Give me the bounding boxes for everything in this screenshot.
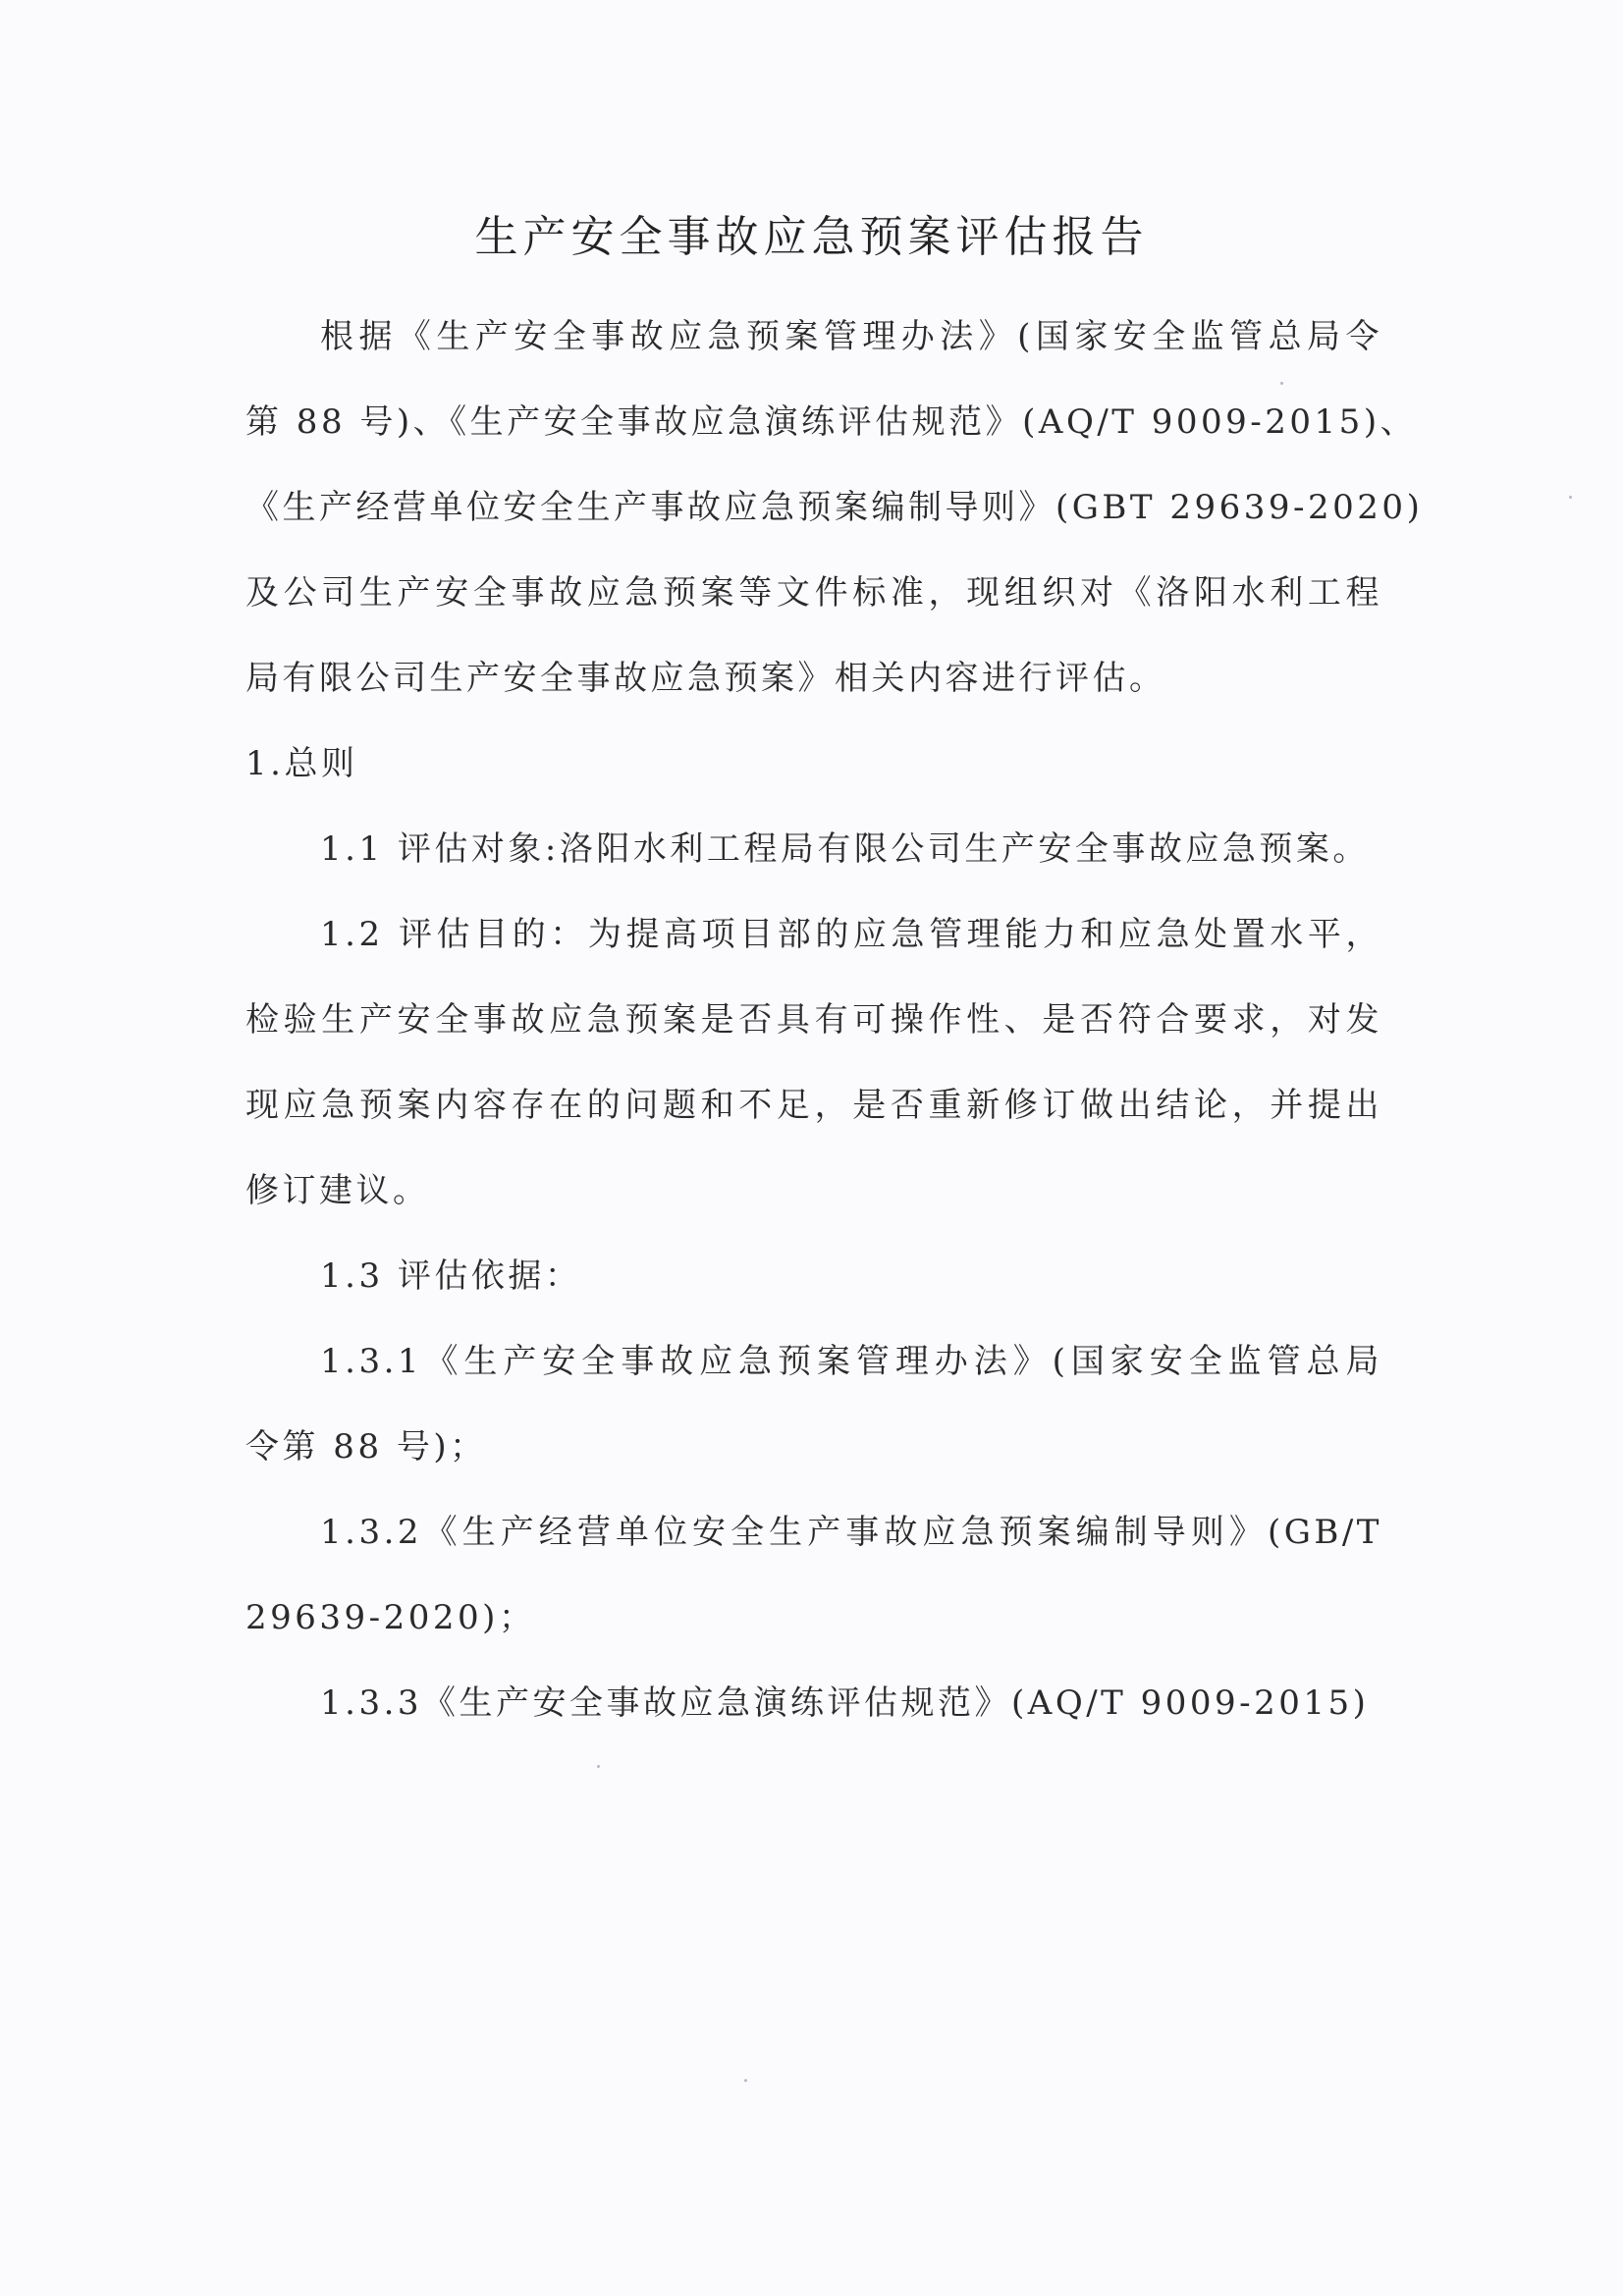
intro-line: 《生产经营单位安全生产事故应急预案编制导则》(GBT 29639-2020): [245, 465, 1382, 551]
item-line: 1.2 评估目的：为提高项目部的应急管理能力和应急处置水平，: [245, 892, 1382, 978]
item-line: 检验生产安全事故应急预案是否具有可操作性、是否符合要求，对发: [245, 978, 1382, 1063]
item-line: 1.1 评估对象:洛阳水利工程局有限公司生产安全事故应急预案。: [245, 807, 1382, 892]
reference-line: 1.3.2《生产经营单位安全生产事故应急预案编制导则》(GB/T: [245, 1490, 1382, 1575]
reference-line: 1.3.3《生产安全事故应急演练评估规范》(AQ/T 9009-2015): [245, 1661, 1382, 1746]
reference-line: 1.3.1《生产安全事故应急预案管理办法》(国家安全监管总局: [245, 1319, 1382, 1405]
reference-line: 29639-2020)；: [245, 1575, 1382, 1661]
scan-speck: [744, 2079, 747, 2082]
item-1-3-evaluation-basis: 1.3 评估依据：: [245, 1234, 1382, 1319]
item-1-3-2-reference: 1.3.2《生产经营单位安全生产事故应急预案编制导则》(GB/T 29639-2…: [245, 1490, 1382, 1661]
document-body: 根据《生产安全事故应急预案管理办法》(国家安全监管总局令 第 88 号)、《生产…: [245, 294, 1382, 1746]
item-1-3-1-reference: 1.3.1《生产安全事故应急预案管理办法》(国家安全监管总局 令第 88 号)；: [245, 1319, 1382, 1490]
intro-line: 第 88 号)、《生产安全事故应急演练评估规范》(AQ/T 9009-2015)…: [245, 380, 1382, 465]
document-page: 生产安全事故应急预案评估报告 根据《生产安全事故应急预案管理办法》(国家安全监管…: [0, 0, 1623, 2296]
scan-speck: [1280, 382, 1283, 385]
item-1-1-evaluation-object: 1.1 评估对象:洛阳水利工程局有限公司生产安全事故应急预案。: [245, 807, 1382, 892]
reference-line: 令第 88 号)；: [245, 1405, 1382, 1490]
intro-line: 根据《生产安全事故应急预案管理办法》(国家安全监管总局令: [245, 294, 1382, 380]
item-line: 现应急预案内容存在的问题和不足，是否重新修订做出结论，并提出: [245, 1063, 1382, 1148]
document-title: 生产安全事故应急预案评估报告: [0, 208, 1623, 267]
intro-line: 及公司生产安全事故应急预案等文件标准，现组织对《洛阳水利工程: [245, 551, 1382, 636]
item-1-3-3-reference: 1.3.3《生产安全事故应急演练评估规范》(AQ/T 9009-2015): [245, 1661, 1382, 1746]
item-line: 修订建议。: [245, 1148, 1382, 1234]
intro-paragraph: 根据《生产安全事故应急预案管理办法》(国家安全监管总局令 第 88 号)、《生产…: [245, 294, 1382, 721]
section-heading-general: 1.总则: [245, 721, 1382, 807]
subsection-heading: 1.3 评估依据：: [245, 1234, 1382, 1319]
scan-speck: [1569, 496, 1572, 499]
intro-line: 局有限公司生产安全事故应急预案》相关内容进行评估。: [245, 636, 1382, 721]
scan-speck: [597, 1765, 600, 1768]
item-1-2-evaluation-purpose: 1.2 评估目的：为提高项目部的应急管理能力和应急处置水平， 检验生产安全事故应…: [245, 892, 1382, 1234]
